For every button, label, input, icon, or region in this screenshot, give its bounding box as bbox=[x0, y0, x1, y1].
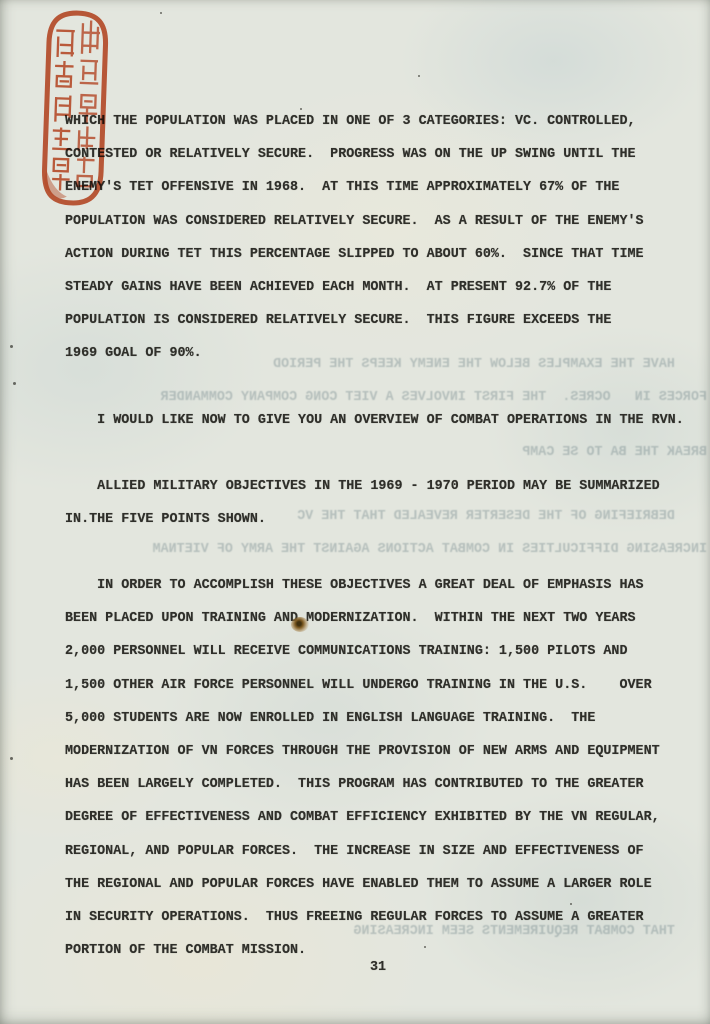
text-line: DEGREE OF EFFECTIVENESS AND COMBAT EFFIC… bbox=[65, 801, 710, 834]
paragraph-4: IN ORDER TO ACCOMPLISH THESE OBJECTIVES … bbox=[65, 569, 710, 967]
text-line: 1,500 OTHER AIR FORCE PERSONNEL WILL UND… bbox=[65, 669, 710, 702]
ink-speck bbox=[424, 946, 426, 948]
text-line: WHICH THE POPULATION WAS PLACED IN ONE O… bbox=[65, 105, 710, 138]
paragraph-1: WHICH THE POPULATION WAS PLACED IN ONE O… bbox=[65, 105, 710, 371]
ink-speck bbox=[300, 108, 302, 110]
text-line: POPULATION IS CONSIDERED RELATIVELY SECU… bbox=[65, 304, 710, 337]
text-line: IN SECURITY OPERATIONS. THUS FREEING REG… bbox=[65, 901, 710, 934]
text-line: POPULATION WAS CONSIDERED RELATIVELY SEC… bbox=[65, 205, 710, 238]
ink-speck bbox=[570, 903, 572, 905]
text-line: I WOULD LIKE NOW TO GIVE YOU AN OVERVIEW… bbox=[65, 404, 710, 437]
ink-speck bbox=[10, 757, 13, 760]
ink-speck bbox=[418, 75, 420, 77]
ink-speck bbox=[10, 345, 13, 348]
ink-speck bbox=[13, 382, 16, 385]
text-line: STEADY GAINS HAVE BEEN ACHIEVED EACH MON… bbox=[65, 271, 710, 304]
ink-speck bbox=[160, 12, 162, 14]
paragraph-3: ALLIED MILITARY OBJECTIVES IN THE 1969 -… bbox=[65, 470, 710, 536]
scanned-document-page: HAVE THE EXAMPLES BELOW THE ENEMY KEEPS … bbox=[0, 0, 710, 1024]
typewritten-text-block: WHICH THE POPULATION WAS PLACED IN ONE O… bbox=[65, 105, 710, 1000]
text-line: BEEN PLACED UPON TRAINING AND MODERNIZAT… bbox=[65, 602, 710, 635]
red-seal-stamp-icon bbox=[33, 7, 118, 210]
ink-speck bbox=[262, 948, 265, 951]
text-line: ACTION DURING TET THIS PERCENTAGE SLIPPE… bbox=[65, 238, 710, 271]
text-line: REGIONAL, AND POPULAR FORCES. THE INCREA… bbox=[65, 835, 710, 868]
paragraph-2: I WOULD LIKE NOW TO GIVE YOU AN OVERVIEW… bbox=[65, 404, 710, 437]
page-number: 31 bbox=[65, 960, 691, 975]
text-line: IN.THE FIVE POINTS SHOWN. bbox=[65, 503, 710, 536]
text-line: ALLIED MILITARY OBJECTIVES IN THE 1969 -… bbox=[65, 470, 710, 503]
text-line: 1969 GOAL OF 90%. bbox=[65, 337, 710, 370]
text-line: IN ORDER TO ACCOMPLISH THESE OBJECTIVES … bbox=[65, 569, 710, 602]
paper-stain bbox=[291, 617, 309, 632]
text-line: ENEMY'S TET OFFENSIVE IN 1968. AT THIS T… bbox=[65, 171, 710, 204]
text-line: CONTESTED OR RELATIVELY SECURE. PROGRESS… bbox=[65, 138, 710, 171]
text-line: 2,000 PERSONNEL WILL RECEIVE COMMUNICATI… bbox=[65, 635, 710, 668]
text-line: HAS BEEN LARGELY COMPLETED. THIS PROGRAM… bbox=[65, 768, 710, 801]
text-line: MODERNIZATION OF VN FORCES THROUGH THE P… bbox=[65, 735, 710, 768]
text-line: 5,000 STUDENTS ARE NOW ENROLLED IN ENGLI… bbox=[65, 702, 710, 735]
text-line: THE REGIONAL AND POPULAR FORCES HAVE ENA… bbox=[65, 868, 710, 901]
